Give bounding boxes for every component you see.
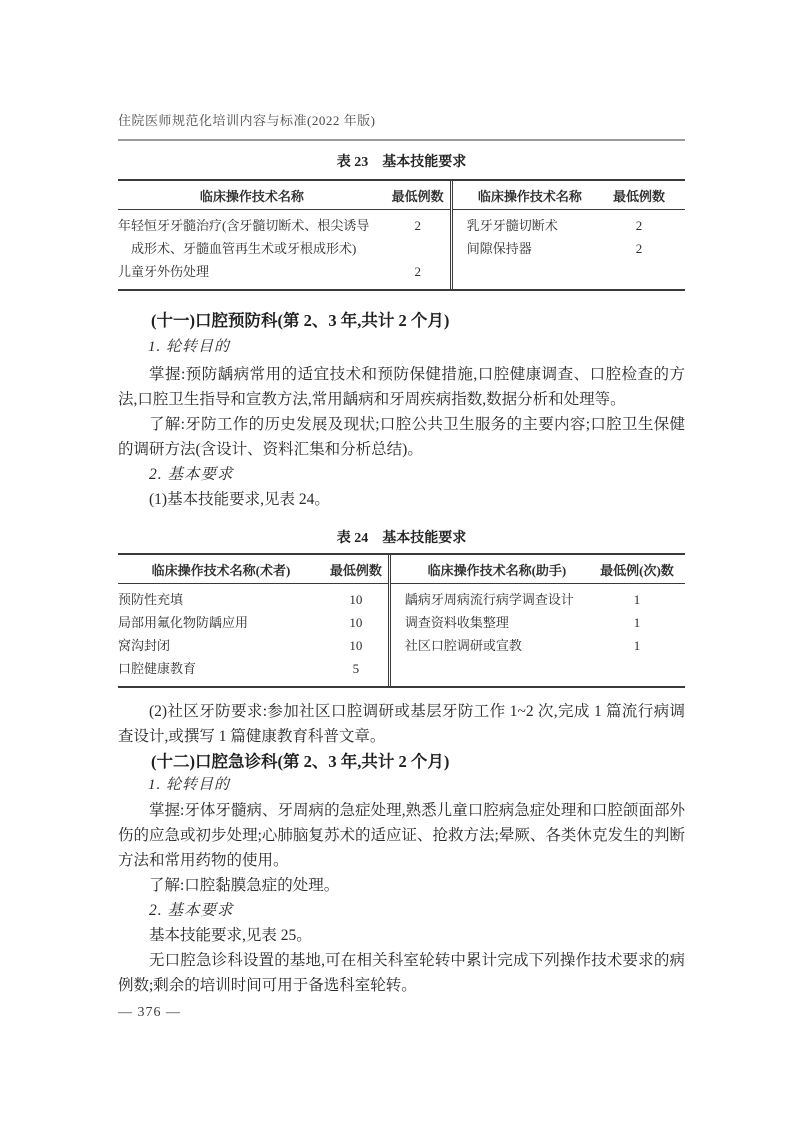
table23-right-header-row: 临床操作技术名称 最低例数 xyxy=(453,181,685,210)
table23-left-header-row: 临床操作技术名称 最低例数 xyxy=(118,181,450,210)
cell-procedure-name: 口腔健康教育 xyxy=(118,657,324,680)
table-row: 预防性充填 10 xyxy=(118,588,388,611)
paragraph-master: 掌握:预防龋病常用的适宜技术和预防保健措施,口腔健康调查、口腔检查的方法,口腔卫… xyxy=(118,362,685,412)
table-row: 局部用氟化物防龋应用 10 xyxy=(118,611,388,634)
cell-min-count: 10 xyxy=(324,588,388,611)
paragraph-no-emergency-dept: 无口腔急诊科设置的基地,可在相关科室轮转中累计完成下列操作技术要求的病例数;剩余… xyxy=(118,948,685,998)
cell-min-count: 1 xyxy=(589,634,685,657)
column-header: 最低例数 xyxy=(386,186,450,205)
cell-procedure-name: 局部用氟化物防龋应用 xyxy=(118,611,324,634)
list-item-basic-requirements: 2. 基本要求 xyxy=(118,898,685,923)
table24-left-header-row: 临床操作技术名称(术者) 最低例数 xyxy=(118,555,388,584)
column-header: 最低例数 xyxy=(324,560,388,579)
cell-min-count: 1 xyxy=(589,588,685,611)
cell-procedure-name: 乳牙牙髓切断术 xyxy=(467,214,593,237)
paragraph-see-table25: 基本技能要求,见表 25。 xyxy=(118,923,685,948)
column-header: 临床操作技术名称 xyxy=(118,186,386,205)
column-header: 最低例数 xyxy=(593,186,685,205)
table-row: 年轻恒牙牙髓治疗(含牙髓切断术、根尖诱导 成形术、牙髓血管再生术或牙根成形术) … xyxy=(118,214,450,260)
section-heading-11: (十一)口腔预防科(第 2、3 年,共计 2 个月) xyxy=(118,310,685,331)
cell-procedure-name: 龋病牙周病流行病学调查设计 xyxy=(405,588,589,611)
table23-left-body: 年轻恒牙牙髓治疗(含牙髓切断术、根尖诱导 成形术、牙髓血管再生术或牙根成形术) … xyxy=(118,210,450,289)
header-rule xyxy=(118,139,685,141)
paragraph-understand: 了解:口腔黏膜急症的处理。 xyxy=(118,873,685,898)
cell-procedure-name: 窝沟封闭 xyxy=(118,634,324,657)
column-header: 最低例(次)数 xyxy=(589,560,685,579)
table-row: 社区口腔调研或宣教 1 xyxy=(391,634,685,657)
running-head: 住院医师规范化培训内容与标准(2022 年版) xyxy=(118,112,685,129)
table24-caption: 表 24 基本技能要求 xyxy=(118,529,685,548)
section-heading-12: (十二)口腔急诊科(第 2、3 年,共计 2 个月) xyxy=(118,751,685,772)
list-item-rotation-purpose: 1. 轮转目的 xyxy=(118,776,685,795)
page-number: — 376 — xyxy=(118,1004,685,1022)
column-header: 临床操作技术名称(术者) xyxy=(118,560,324,579)
page-content: 住院医师规范化培训内容与标准(2022 年版) 表 23 基本技能要求 临床操作… xyxy=(118,112,685,1022)
table-row: 调查资料收集整理 1 xyxy=(391,611,685,634)
cell-procedure-name: 社区口腔调研或宣教 xyxy=(405,634,589,657)
column-header: 临床操作技术名称(助手) xyxy=(405,560,589,579)
table24-left-half: 临床操作技术名称(术者) 最低例数 预防性充填 10 局部用氟化物防龋应用 10… xyxy=(118,555,388,686)
table24-right-body: 龋病牙周病流行病学调查设计 1 调查资料收集整理 1 社区口腔调研或宣教 1 xyxy=(391,584,685,663)
cell-min-count: 2 xyxy=(593,237,685,260)
cell-procedure-name: 年轻恒牙牙髓治疗(含牙髓切断术、根尖诱导 成形术、牙髓血管再生术或牙根成形术) xyxy=(118,214,386,260)
table23-right-half: 临床操作技术名称 最低例数 乳牙牙髓切断术 2 间隙保持器 2 xyxy=(450,181,685,289)
table23-caption: 表 23 基本技能要求 xyxy=(118,153,685,172)
cell-min-count: 2 xyxy=(386,260,450,283)
table24-right-half: 临床操作技术名称(助手) 最低例(次)数 龋病牙周病流行病学调查设计 1 调查资… xyxy=(388,555,685,686)
table23-left-half: 临床操作技术名称 最低例数 年轻恒牙牙髓治疗(含牙髓切断术、根尖诱导 成形术、牙… xyxy=(118,181,450,289)
cell-min-count: 10 xyxy=(324,634,388,657)
table24-left-body: 预防性充填 10 局部用氟化物防龋应用 10 窝沟封闭 10 口腔健康教育 5 xyxy=(118,584,388,686)
cell-procedure-name: 预防性充填 xyxy=(118,588,324,611)
table24-right-header-row: 临床操作技术名称(助手) 最低例(次)数 xyxy=(391,555,685,584)
cell-procedure-name: 儿童牙外伤处理 xyxy=(118,260,386,283)
table23-right-body: 乳牙牙髓切断术 2 间隙保持器 2 xyxy=(453,210,685,266)
document-page: 住院医师规范化培训内容与标准(2022 年版) 表 23 基本技能要求 临床操作… xyxy=(0,0,800,1131)
paragraph-master: 掌握:牙体牙髓病、牙周病的急症处理,熟悉儿童口腔病急症处理和口腔颌面部外伤的应急… xyxy=(118,798,685,873)
table-row: 间隙保持器 2 xyxy=(453,237,685,260)
cell-procedure-name: 间隙保持器 xyxy=(467,237,593,260)
paragraph-requirement-1: (1)基本技能要求,见表 24。 xyxy=(118,487,685,512)
cell-min-count: 2 xyxy=(593,214,685,237)
table-row: 窝沟封闭 10 xyxy=(118,634,388,657)
column-header: 临床操作技术名称 xyxy=(467,186,593,205)
list-item-rotation-purpose: 1. 轮转目的 xyxy=(118,338,685,357)
cell-procedure-name: 调查资料收集整理 xyxy=(405,611,589,634)
cell-min-count: 2 xyxy=(386,214,450,237)
table-row: 龋病牙周病流行病学调查设计 1 xyxy=(391,588,685,611)
cell-min-count: 1 xyxy=(589,611,685,634)
paragraph-understand: 了解:牙防工作的历史发展及现状;口腔公共卫生服务的主要内容;口腔卫生保健的调研方… xyxy=(118,412,685,462)
cell-min-count: 5 xyxy=(324,657,388,680)
cell-min-count: 10 xyxy=(324,611,388,634)
paragraph-requirement-2: (2)社区牙防要求:参加社区口腔调研或基层牙防工作 1~2 次,完成 1 篇流行… xyxy=(118,699,685,749)
list-item-basic-requirements: 2. 基本要求 xyxy=(118,462,685,487)
table-row: 儿童牙外伤处理 2 xyxy=(118,260,450,283)
table-row: 乳牙牙髓切断术 2 xyxy=(453,214,685,237)
table-row: 口腔健康教育 5 xyxy=(118,657,388,680)
table24: 临床操作技术名称(术者) 最低例数 预防性充填 10 局部用氟化物防龋应用 10… xyxy=(118,553,685,688)
table23: 临床操作技术名称 最低例数 年轻恒牙牙髓治疗(含牙髓切断术、根尖诱导 成形术、牙… xyxy=(118,179,685,291)
